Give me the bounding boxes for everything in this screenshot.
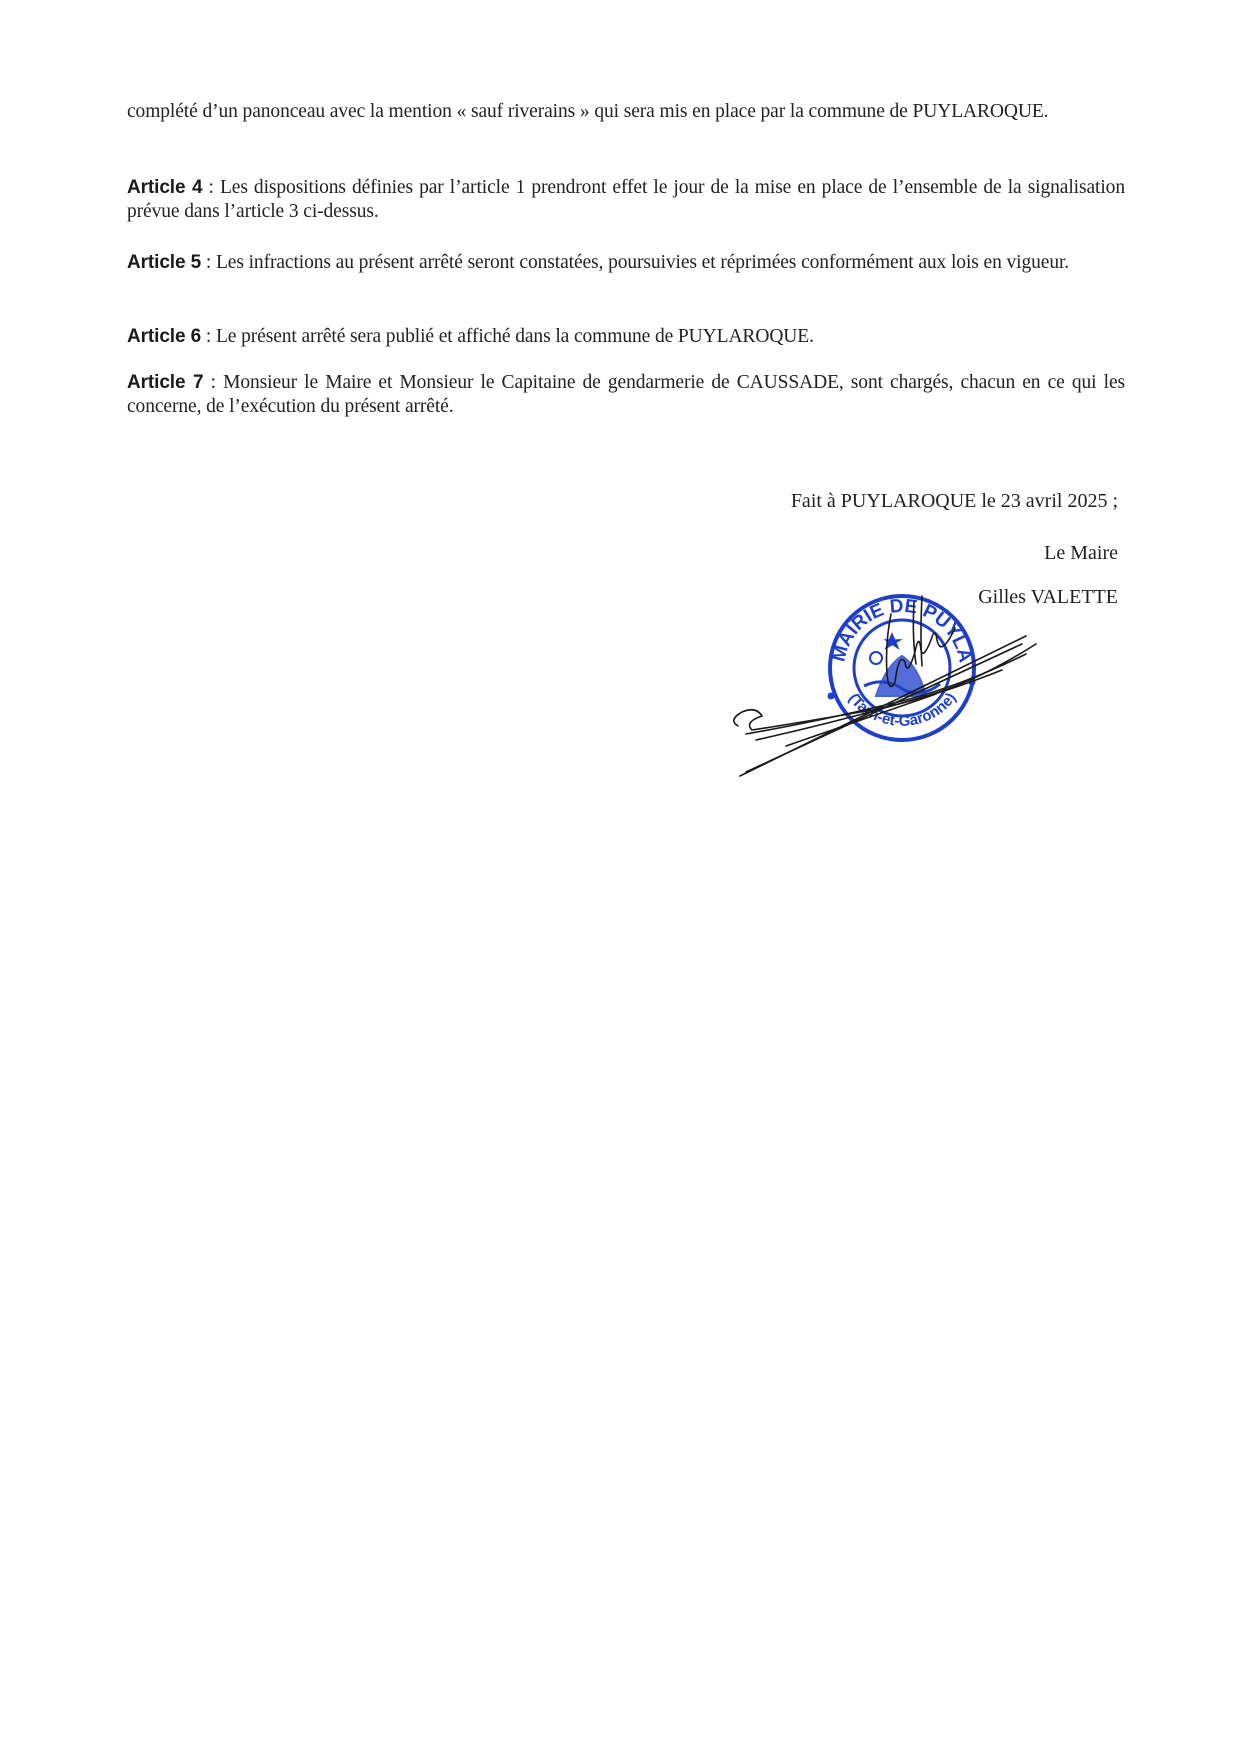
article-7-label: Article 7 (127, 372, 203, 393)
signature-title: Le Maire (1044, 542, 1118, 565)
document-page: complété d’un panonceau avec la mention … (0, 0, 1240, 1755)
article-7: Article 7 : Monsieur le Maire et Monsieu… (127, 371, 1125, 419)
article-5: Article 5 : Les infractions au présent a… (127, 251, 1125, 275)
stamp-seal-icon: MAIRIE DE PUYLAROQUE (Tarn-et-Garonne) (726, 576, 976, 740)
article-5-text: Les infractions au présent arrêté seront… (216, 252, 1069, 273)
article-6-label: Article 6 (127, 326, 201, 347)
mairie-stamp-with-signature: MAIRIE DE PUYLAROQUE (Tarn-et-Garonne) (726, 576, 1046, 796)
article-6: Article 6 : Le présent arrêté sera publi… (127, 325, 1125, 349)
article-4-text: Les dispositions définies par l’article … (127, 177, 1125, 222)
article-6-sep: : (201, 326, 216, 347)
article-5-label: Article 5 (127, 252, 201, 273)
svg-text:MAIRIE DE PUYLAROQUE: MAIRIE DE PUYLAROQUE (726, 576, 976, 665)
article-4-label: Article 4 (127, 177, 202, 198)
article-7-text: Monsieur le Maire et Monsieur le Capitai… (127, 372, 1125, 417)
signature-place-date: Fait à PUYLAROQUE le 23 avril 2025 ; (791, 490, 1118, 513)
article-5-sep: : (201, 252, 216, 273)
article-4-sep: : (202, 177, 220, 198)
article-7-sep: : (203, 372, 223, 393)
article-6-text: Le présent arrêté sera publié et affiché… (216, 326, 814, 347)
article-4: Article 4 : Les dispositions définies pa… (127, 176, 1125, 224)
intro-paragraph: complété d’un panonceau avec la mention … (127, 100, 1125, 124)
